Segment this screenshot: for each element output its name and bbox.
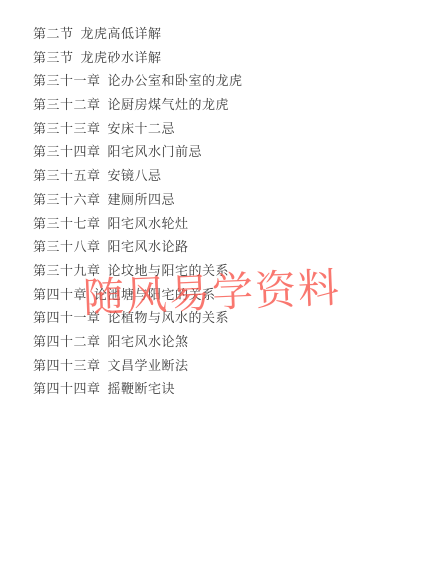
chapter-title: 论池塘与阳宅的关系 — [94, 287, 216, 302]
toc-line: 第三十九章论坟地与阳宅的关系 — [33, 259, 412, 283]
chapter-number: 第三十八章 — [33, 239, 101, 254]
chapter-number: 第三十一章 — [33, 73, 101, 88]
toc-line: 第四十一章论植物与风水的关系 — [33, 306, 412, 330]
toc-line: 第三十八章阳宅风水论路 — [33, 235, 412, 259]
toc-line: 第二节龙虎高低详解 — [33, 22, 412, 46]
chapter-number: 第四十章 — [33, 287, 87, 302]
chapter-title: 论厨房煤气灶的龙虎 — [108, 97, 230, 112]
toc-list: 第二节龙虎高低详解第三节龙虎砂水详解第三十一章论办公室和卧室的龙虎第三十二章论厨… — [33, 22, 412, 401]
chapter-title: 龙虎高低详解 — [81, 26, 162, 41]
toc-line: 第四十四章摇鞭断宅诀 — [33, 377, 412, 401]
chapter-title: 文昌学业断法 — [108, 358, 189, 373]
toc-line: 第三十四章阳宅风水门前忌 — [33, 140, 412, 164]
chapter-title: 阳宅风水论路 — [108, 239, 189, 254]
chapter-number: 第四十二章 — [33, 334, 101, 349]
chapter-number: 第二节 — [33, 26, 74, 41]
toc-line: 第三十一章论办公室和卧室的龙虎 — [33, 69, 412, 93]
toc-line: 第三节龙虎砂水详解 — [33, 46, 412, 70]
chapter-title: 阳宅风水论煞 — [108, 334, 189, 349]
toc-line: 第三十二章论厨房煤气灶的龙虎 — [33, 93, 412, 117]
chapter-title: 建厕所四忌 — [108, 192, 176, 207]
toc-line: 第四十二章阳宅风水论煞 — [33, 330, 412, 354]
chapter-title: 安床十二忌 — [108, 121, 176, 136]
chapter-number: 第三十四章 — [33, 144, 101, 159]
chapter-number: 第四十三章 — [33, 358, 101, 373]
toc-line: 第三十六章建厕所四忌 — [33, 188, 412, 212]
chapter-title: 龙虎砂水详解 — [81, 50, 162, 65]
chapter-title: 论办公室和卧室的龙虎 — [108, 73, 243, 88]
chapter-title: 摇鞭断宅诀 — [108, 381, 176, 396]
toc-line: 第三十七章阳宅风水轮灶 — [33, 212, 412, 236]
chapter-number: 第三十二章 — [33, 97, 101, 112]
chapter-number: 第三十九章 — [33, 263, 101, 278]
chapter-title: 论植物与风水的关系 — [108, 310, 230, 325]
chapter-number: 第三节 — [33, 50, 74, 65]
toc-line: 第三十三章安床十二忌 — [33, 117, 412, 141]
chapter-title: 阳宅风水门前忌 — [108, 144, 203, 159]
toc-line: 第四十三章文昌学业断法 — [33, 354, 412, 378]
toc-line: 第四十章论池塘与阳宅的关系 — [33, 283, 412, 307]
chapter-number: 第三十三章 — [33, 121, 101, 136]
chapter-title: 安镜八忌 — [108, 168, 162, 183]
toc-line: 第三十五章安镜八忌 — [33, 164, 412, 188]
chapter-title: 论坟地与阳宅的关系 — [108, 263, 230, 278]
chapter-number: 第三十五章 — [33, 168, 101, 183]
chapter-number: 第四十一章 — [33, 310, 101, 325]
chapter-title: 阳宅风水轮灶 — [108, 216, 189, 231]
chapter-number: 第三十七章 — [33, 216, 101, 231]
chapter-number: 第四十四章 — [33, 381, 101, 396]
chapter-number: 第三十六章 — [33, 192, 101, 207]
scanned-document-page: 第二节龙虎高低详解第三节龙虎砂水详解第三十一章论办公室和卧室的龙虎第三十二章论厨… — [0, 0, 422, 582]
